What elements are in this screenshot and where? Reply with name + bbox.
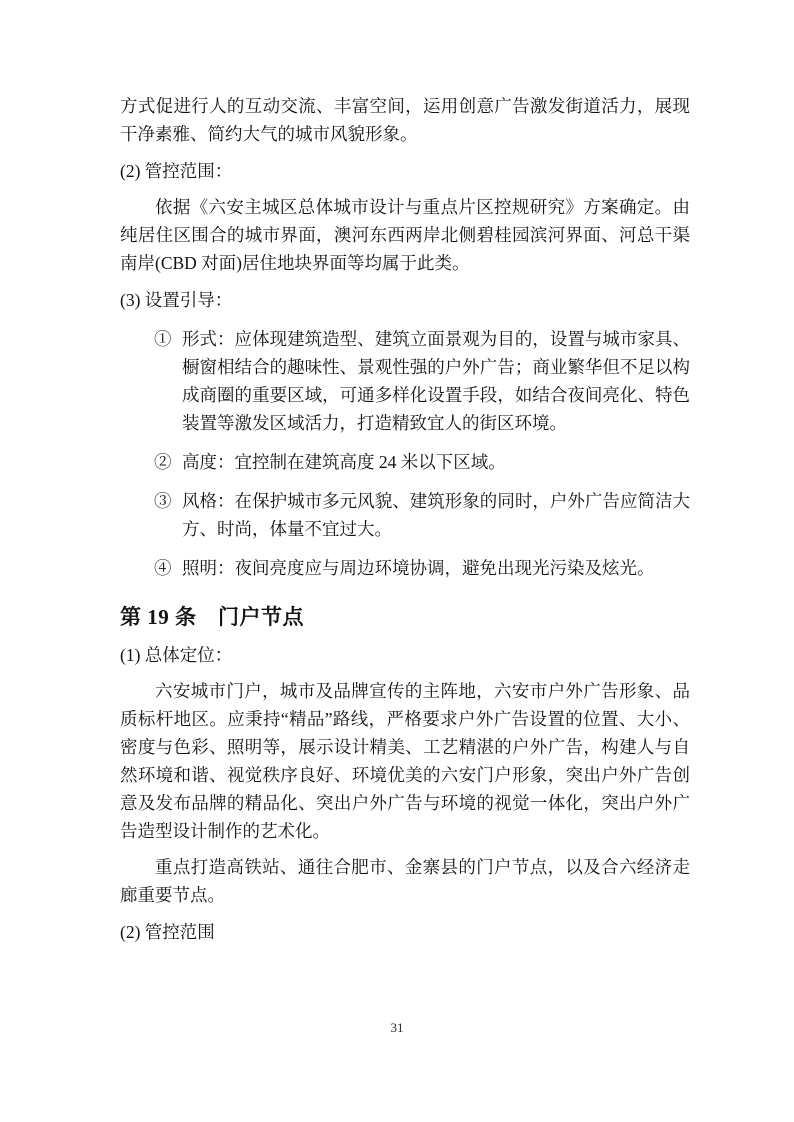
guidance-list: ① 形式：应体现建筑造型、建筑立面景观为目的，设置与城市家具、橱窗相结合的趣味性… xyxy=(120,325,690,582)
section-label-control-scope-1: (2) 管控范围： xyxy=(120,157,690,185)
list-marker-1: ① xyxy=(154,325,182,437)
list-item-text-height: 高度：宜控制在建筑高度 24 米以下区域。 xyxy=(182,448,690,476)
document-page: 方式促进行人的互动交流、丰富空间，运用创意广告激发街道活力，展现干净素雅、简约大… xyxy=(0,0,794,1122)
list-marker-3: ③ xyxy=(154,487,182,543)
paragraph-control-scope: 依据《六安主城区总体城市设计与重点片区控规研究》方案确定。由纯居住区围合的城市界… xyxy=(120,193,690,277)
page-number: 31 xyxy=(0,1020,794,1036)
list-item-style: ③ 风格：在保护城市多元风貌、建筑形象的同时，户外广告应简洁大方、时尚，体量不宜… xyxy=(120,487,690,543)
paragraph-positioning-main: 六安城市门户，城市及品牌宣传的主阵地，六安市户外广告形象、品质标杆地区。应秉持“… xyxy=(120,677,690,845)
list-item-text-style: 风格：在保护城市多元风貌、建筑形象的同时，户外广告应简洁大方、时尚，体量不宜过大… xyxy=(182,487,690,543)
section-label-setting-guidance: (3) 设置引导： xyxy=(120,286,690,314)
paragraph-positioning-nodes: 重点打造高铁站、通往合肥市、金寨县的门户节点，以及合六经济走廊重要节点。 xyxy=(120,853,690,909)
section-label-control-scope-2: (2) 管控范围 xyxy=(120,918,690,946)
list-item-lighting: ④ 照明：夜间亮度应与周边环境协调，避免出现光污染及炫光。 xyxy=(120,554,690,582)
list-marker-2: ② xyxy=(154,448,182,476)
paragraph-continuation: 方式促进行人的互动交流、丰富空间，运用创意广告激发街道活力，展现干净素雅、简约大… xyxy=(120,92,690,148)
list-item-height: ② 高度：宜控制在建筑高度 24 米以下区域。 xyxy=(120,448,690,476)
list-item-text-form: 形式：应体现建筑造型、建筑立面景观为目的，设置与城市家具、橱窗相结合的趣味性、景… xyxy=(182,325,690,437)
article-19-heading: 第 19 条 门户节点 xyxy=(120,602,690,632)
section-label-overall-positioning: (1) 总体定位： xyxy=(120,641,690,669)
list-item-text-lighting: 照明：夜间亮度应与周边环境协调，避免出现光污染及炫光。 xyxy=(182,554,690,582)
list-item-form: ① 形式：应体现建筑造型、建筑立面景观为目的，设置与城市家具、橱窗相结合的趣味性… xyxy=(120,325,690,437)
list-marker-4: ④ xyxy=(154,554,182,582)
